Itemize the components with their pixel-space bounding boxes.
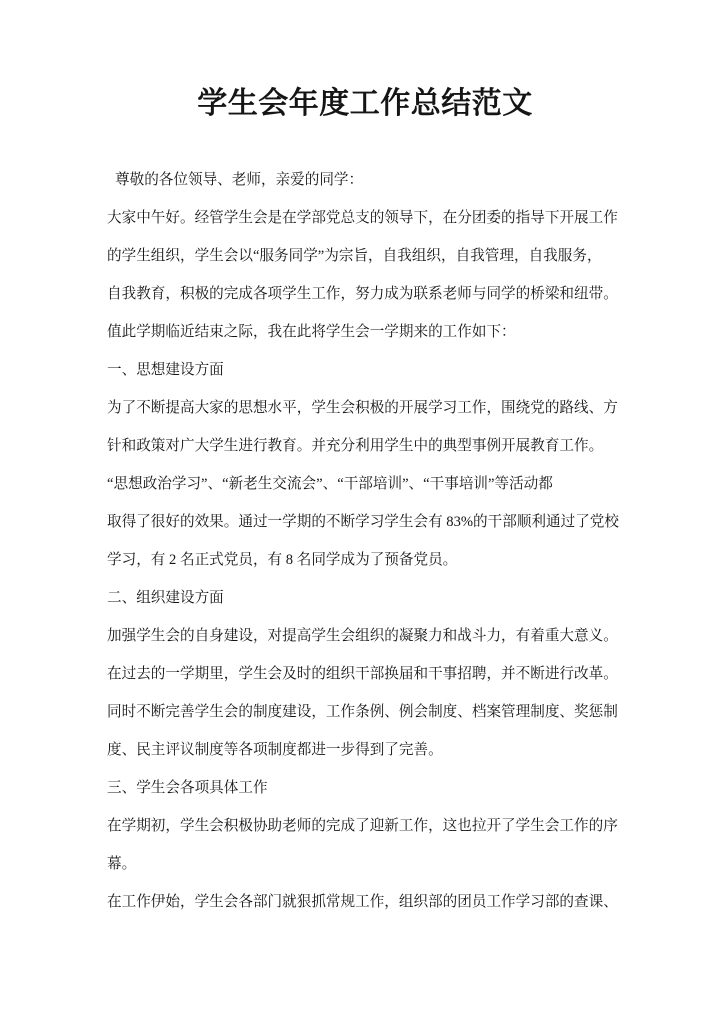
text-line: 加强学生会的自身建设，对提高学生会组织的凝聚力和战斗力，有着重大意义。 xyxy=(107,617,623,655)
text-line: 自我教育，积极的完成各项学生工作，努力成为联系老师与同学的桥梁和纽带。 xyxy=(107,275,623,313)
document-page: 学生会年度工作总结范文 尊敬的各位领导、老师，亲爱的同学： 大家中午好。经管学生… xyxy=(0,0,721,1020)
section-heading-3: 三、学生会各项具体工作 xyxy=(107,769,623,807)
text-line: 度、民主评议制度等各项制度都进一步得到了完善。 xyxy=(107,731,623,769)
text-line: 同时不断完善学生会的制度建设，工作条例、例会制度、档案管理制度、奖惩制 xyxy=(107,693,623,731)
text-line: 在过去的一学期里，学生会及时的组织干部换届和干事招聘，并不断进行改革。 xyxy=(107,655,623,693)
text-line: 大家中午好。经管学生会是在学部党总支的领导下，在分团委的指导下开展工作 xyxy=(107,199,623,237)
section-3-paragraph-1: 在学期初，学生会积极协助老师的完成了迎新工作，这也拉开了学生会工作的序 幕。 xyxy=(107,807,623,883)
text-line: 幕。 xyxy=(107,845,623,883)
text-line: 值此学期临近结束之际，我在此将学生会一学期来的工作如下： xyxy=(107,313,623,351)
text-line: 在学期初，学生会积极协助老师的完成了迎新工作，这也拉开了学生会工作的序 xyxy=(107,807,623,845)
section-heading-2: 二、组织建设方面 xyxy=(107,579,623,617)
section-heading-text: 一、思想建设方面 xyxy=(107,351,623,389)
text-line: 尊敬的各位领导、老师，亲爱的同学： xyxy=(107,161,623,199)
salutation-paragraph: 尊敬的各位领导、老师，亲爱的同学： xyxy=(107,161,623,199)
intro-paragraph: 大家中午好。经管学生会是在学部党总支的领导下，在分团委的指导下开展工作 的学生组… xyxy=(107,199,623,351)
section-heading-1: 一、思想建设方面 xyxy=(107,351,623,389)
text-line: 针和政策对广大学生进行教育。并充分利用学生中的典型事例开展教育工作。 xyxy=(107,427,623,465)
text-line: 为了不断提高大家的思想水平，学生会积极的开展学习工作，围绕党的路线、方 xyxy=(107,389,623,427)
text-line: 学习，有 2 名正式党员，有 8 名同学成为了预备党员。 xyxy=(107,541,623,579)
section-heading-text: 三、学生会各项具体工作 xyxy=(107,769,623,807)
text-line: 的学生组织，学生会以“服务同学”为宗旨，自我组织，自我管理，自我服务， xyxy=(107,237,623,275)
text-line: 取得了很好的效果。通过一学期的不断学习学生会有 83%的干部顺利通过了党校 xyxy=(107,503,623,541)
text-line: “思想政治学习”、“新老生交流会”、“干部培训”、“干事培训”等活动都 xyxy=(107,465,623,503)
section-1-paragraph: 为了不断提高大家的思想水平，学生会积极的开展学习工作，围绕党的路线、方 针和政策… xyxy=(107,389,623,579)
section-3-paragraph-2: 在工作伊始，学生会各部门就狠抓常规工作，组织部的团员工作学习部的查课、 xyxy=(107,883,623,921)
document-title: 学生会年度工作总结范文 xyxy=(107,84,623,124)
text-line: 在工作伊始，学生会各部门就狠抓常规工作，组织部的团员工作学习部的查课、 xyxy=(107,883,623,921)
section-heading-text: 二、组织建设方面 xyxy=(107,579,623,617)
section-2-paragraph: 加强学生会的自身建设，对提高学生会组织的凝聚力和战斗力，有着重大意义。 在过去的… xyxy=(107,617,623,769)
